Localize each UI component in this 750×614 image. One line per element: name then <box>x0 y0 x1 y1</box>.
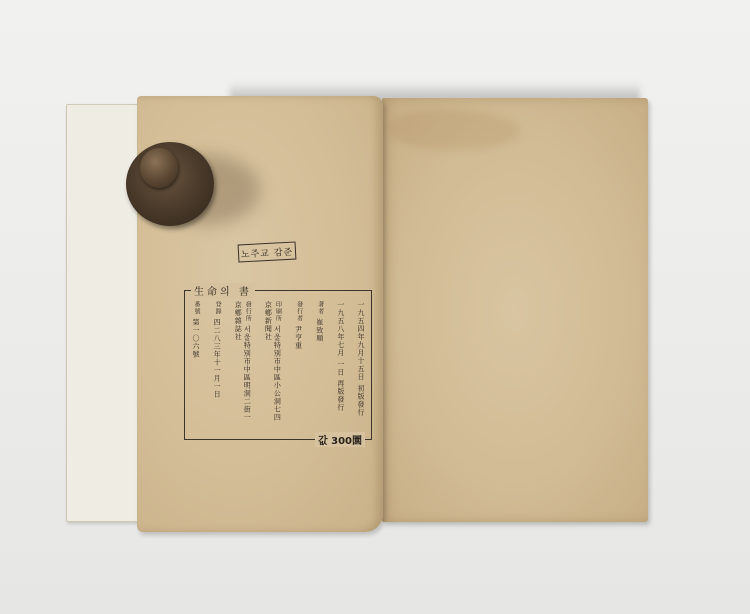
water-stain <box>390 110 520 150</box>
paper-weight-knob <box>140 148 178 188</box>
col-label: 番號 <box>193 301 200 315</box>
book-title: 生命의 書 <box>191 283 255 298</box>
colophon-box: 生命의 書 一九五四年九月十五日 初版發行 一九五八年七月 一日 再版發行 著者… <box>184 290 372 440</box>
col-label: 發行所 <box>244 301 251 322</box>
colophon-col: 番號 第一〇六號 <box>191 301 201 431</box>
colophon-col: 著者 崔致順 <box>315 301 325 431</box>
price-label: 값 300圜 <box>315 432 365 447</box>
col-label: 發行者 <box>296 301 303 322</box>
col-label: 著者 <box>317 301 324 315</box>
col-label: 印刷所 <box>274 301 281 322</box>
colophon-col: 印刷所 서울特別市中區小公洞七四 京鄕新聞社 <box>263 301 282 431</box>
colophon-col: 一九五八年七月 一日 再版發行 <box>336 301 345 431</box>
col-text: 一九五四年九月十五日 初版發行 <box>357 301 365 416</box>
colophon-col: 發行者 尹亨重 <box>294 301 304 431</box>
col-text: 尹亨重 <box>295 325 303 349</box>
col-label: 登錄 <box>214 301 221 315</box>
col-text: 四二八三年十一月一日 <box>213 318 221 398</box>
colophon-col: 一九五四年九月十五日 初版發行 <box>356 301 365 431</box>
col-text: 第一〇六號 <box>192 318 200 358</box>
col-text: 崔致順 <box>316 318 324 342</box>
col-text: 一九五八年七月 一日 再版發行 <box>337 301 345 411</box>
colophon-col: 發行所 서울特別市中區明洞二街一 京鄕雜誌社 <box>233 301 252 431</box>
approval-stamp: 노주교 감준 <box>238 241 297 262</box>
colophon-col: 登錄 四二八三年十一月一日 <box>212 301 222 431</box>
right-page <box>382 98 648 522</box>
